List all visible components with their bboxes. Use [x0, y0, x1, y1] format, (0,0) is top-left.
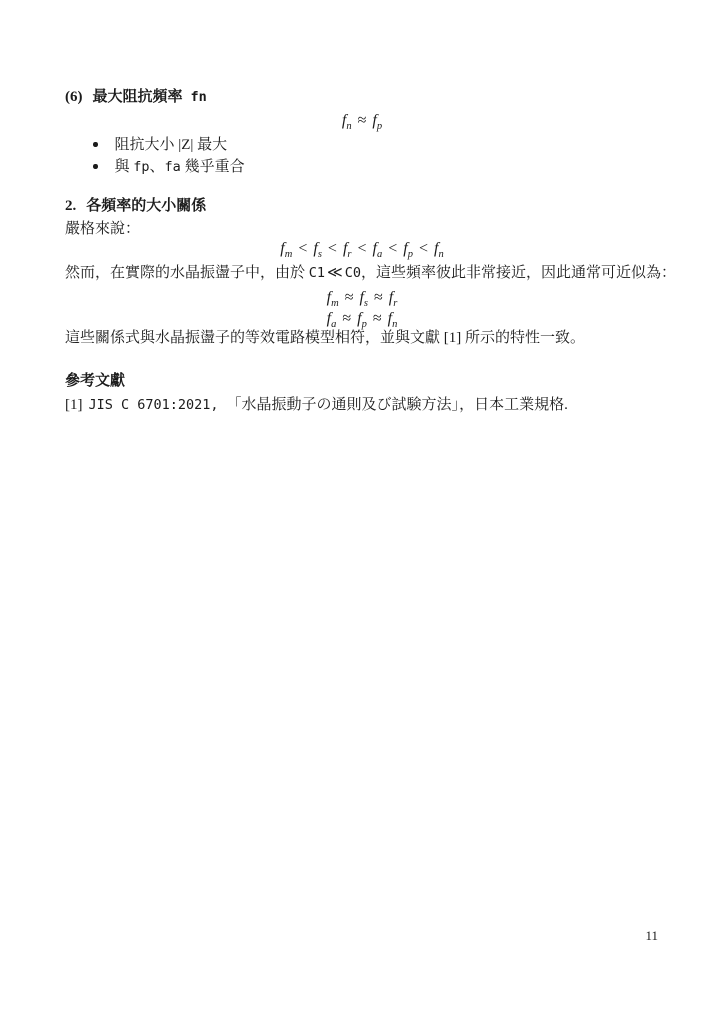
formula-strict-ordering: fm < fs < fr < fa < fp < fn [65, 239, 659, 258]
approx-intro-post: ，這些頻率彼此非常接近，因此通常可近似為： [361, 265, 676, 281]
section2-title: 各頻率的大小關係 [86, 198, 206, 214]
approx-intro-code-c1: C1 [309, 265, 325, 281]
reference-item: [1]JIS C 6701:2021,「水晶振動子の通則及び試験方法」，日本工業… [65, 397, 659, 414]
bullet-coincide-code-fp: fp [133, 159, 149, 175]
strict-intro: 嚴格來說： [65, 221, 659, 238]
bullet-coincide-pre: 與 [115, 159, 134, 175]
bullet-icon [93, 142, 98, 147]
reference-publisher: ，日本工業規格. [459, 397, 568, 413]
item6-label: (6) [65, 89, 83, 105]
formula-approx-series: fm ≈ fs ≈ fr [65, 288, 659, 307]
formula-fn-approx-fp: fn ≈ fp [65, 111, 659, 130]
references-heading: 參考文獻 [65, 373, 659, 390]
bullet-coincide-post: 幾乎重合 [181, 159, 245, 175]
approx-intro-pre: 然而，在實際的水晶振盪子中，由於 [65, 265, 309, 281]
approx-intro-code-c0: C0 [345, 265, 361, 281]
formula-approx-parallel: fa ≈ fp ≈ fn [65, 309, 659, 328]
section2-heading: 2.各頻率的大小關係 [65, 198, 659, 215]
item6-code: fn [191, 89, 207, 105]
reference-standard-code: JIS C 6701:2021, [89, 397, 219, 413]
page-number: 11 [65, 928, 658, 943]
closing-paragraph: 這些關係式與水晶振盪子的等效電路模型相符，並與文獻 [1] 所示的特性一致。 [65, 330, 659, 347]
bullet-coincide-separator: 、 [150, 159, 165, 175]
approx-intro-paragraph: 然而，在實際的水晶振盪子中，由於 C1≪C0，這些頻率彼此非常接近，因此通常可近… [65, 265, 659, 282]
reference-label: [1] [65, 397, 83, 413]
reference-work-title: 「水晶振動子の通則及び試験方法」 [227, 397, 460, 413]
bullet-item-impedance-max: 阻抗大小 |Z| 最大 [93, 137, 227, 154]
bullet-item-coincide: 與 fp、fa 幾乎重合 [93, 159, 245, 176]
bullet-icon [93, 164, 98, 169]
much-less-than-symbol: ≪ [325, 265, 345, 281]
item6-heading: (6)最大阻抗頻率fn [65, 89, 659, 106]
document-page: (6)最大阻抗頻率fn fn ≈ fp 阻抗大小 |Z| 最大 與 fp、fa … [0, 0, 724, 1024]
item6-title: 最大阻抗頻率 [93, 89, 183, 105]
section2-number: 2. [65, 198, 76, 214]
bullet-impedance-text: 阻抗大小 |Z| 最大 [115, 137, 228, 153]
bullet-coincide-code-fa: fa [165, 159, 181, 175]
